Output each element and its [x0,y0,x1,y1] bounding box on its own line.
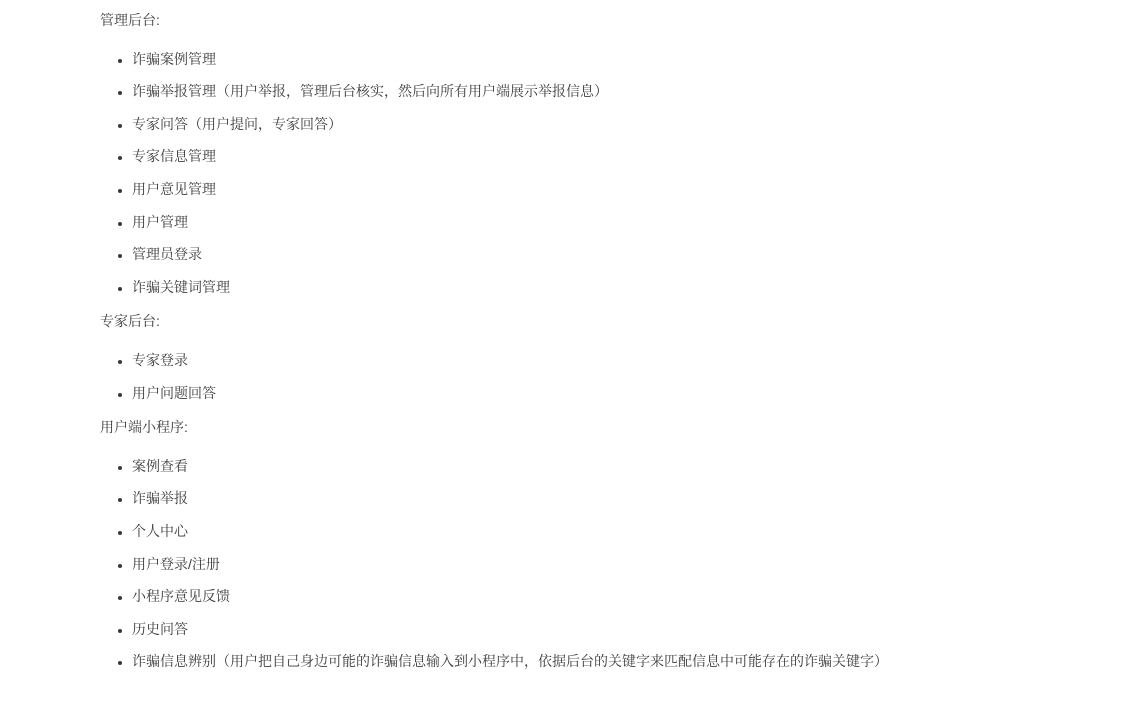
list-item: 用户管理 [132,213,1102,233]
list-item: 用户登录/注册 [132,555,1102,575]
list-item: 历史问答 [132,620,1102,640]
list-item: 专家问答（用户提问，专家回答） [132,115,1102,135]
document-page: 管理后台: 诈骗案例管理 诈骗举报管理（用户举报，管理后台核实，然后向所有用户端… [0,0,1142,724]
list-item: 专家登录 [132,351,1102,371]
user-miniprogram-feature-list: 案例查看 诈骗举报 个人中心 用户登录/注册 小程序意见反馈 历史问答 诈骗信息… [100,457,1102,672]
list-item: 诈骗信息辨别（用户把自己身边可能的诈骗信息输入到小程序中，依据后台的关键字来匹配… [132,652,1102,672]
list-item: 诈骗案例管理 [132,50,1102,70]
list-item: 诈骗举报管理（用户举报，管理后台核实，然后向所有用户端展示举报信息） [132,82,1102,102]
admin-backend-feature-list: 诈骗案例管理 诈骗举报管理（用户举报，管理后台核实，然后向所有用户端展示举报信息… [100,50,1102,298]
document-body: 管理后台: 诈骗案例管理 诈骗举报管理（用户举报，管理后台核实，然后向所有用户端… [0,0,1142,707]
list-item: 用户问题回答 [132,384,1102,404]
list-item: 个人中心 [132,522,1102,542]
list-item: 专家信息管理 [132,147,1102,167]
list-item: 用户意见管理 [132,180,1102,200]
expert-backend-feature-list: 专家登录 用户问题回答 [100,351,1102,403]
list-item: 诈骗关键词管理 [132,278,1102,298]
list-item: 管理员登录 [132,245,1102,265]
list-item: 小程序意见反馈 [132,587,1102,607]
section-title-user-miniprogram: 用户端小程序: [100,418,1102,438]
section-title-admin-backend: 管理后台: [100,11,1102,31]
list-item: 案例查看 [132,457,1102,477]
section-title-expert-backend: 专家后台: [100,312,1102,332]
list-item: 诈骗举报 [132,489,1102,509]
